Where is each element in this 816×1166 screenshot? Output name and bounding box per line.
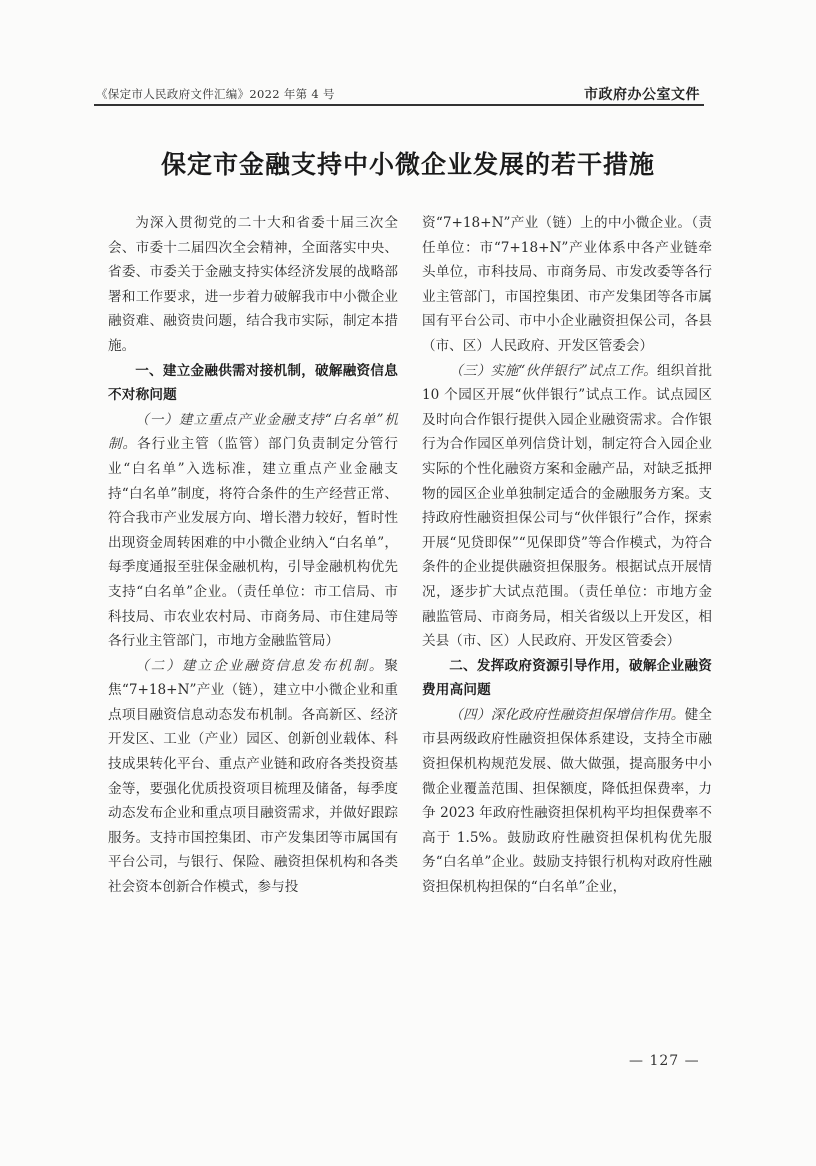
header-divider — [94, 104, 704, 106]
intro-paragraph: 为深入贯彻党的二十大和省委十届三次全会、市委十二届四次全会精神，全面落实中央、省… — [108, 211, 398, 359]
item-3-paragraph: （三）实施“伙伴银行”试点工作。组织首批 10 个园区开展“伙伴银行”试点工作。… — [422, 359, 712, 654]
item-2-body: 聚焦“7+18+N”产业（链），建立中小微企业和重点项目融资信息动态发布机制。各… — [108, 658, 398, 895]
document-title: 保定市金融支持中小微企业发展的若干措施 — [0, 145, 816, 181]
section-heading-2: 二、发挥政府资源引导作用，破解企业融资费用高问题 — [422, 654, 712, 703]
running-header: 《保定市人民政府文件汇编》2022 年第 4 号 市政府办公室文件 — [96, 86, 702, 106]
item-2-continuation: 资“7+18+N”产业（链）上的中小微企业。（责任单位：市“7+18+N”产业体… — [422, 211, 712, 359]
item-2-paragraph: （二）建立企业融资信息发布机制。聚焦“7+18+N”产业（链），建立中小微企业和… — [108, 654, 398, 900]
document-category: 市政府办公室文件 — [584, 84, 700, 104]
publication-name: 《保定市人民政府文件汇编》2022 年第 4 号 — [96, 86, 335, 102]
section-heading-1: 一、建立金融供需对接机制，破解融资信息不对称问题 — [108, 359, 398, 408]
item-2-lead: （二）建立企业融资信息发布机制。 — [135, 658, 384, 674]
item-3-body: 组织首批 10 个园区开展“伙伴银行”试点工作。试点园区及时向合作银行提供入园企… — [422, 363, 712, 650]
left-column: 为深入贯彻党的二十大和省委十届三次全会、市委十二届四次全会精神，全面落实中央、省… — [108, 211, 398, 900]
item-4-paragraph: （四）深化政府性融资担保增信作用。健全市县两级政府性融资担保体系建设，支持全市融… — [422, 703, 712, 900]
item-1-body: 各行业主管（监管）部门负责制定分管行业“白名单”入选标准，建立重点产业金融支持“… — [108, 436, 398, 649]
page-number: — 127 — — [629, 1053, 700, 1069]
item-3-lead: （三）实施“伙伴银行”试点工作。 — [449, 363, 657, 379]
right-column: 资“7+18+N”产业（链）上的中小微企业。（责任单位：市“7+18+N”产业体… — [422, 211, 712, 900]
item-4-body: 健全市县两级政府性融资担保体系建设，支持全市融资担保机构规范发展、做大做强，提高… — [422, 707, 712, 895]
item-1-paragraph: （一）建立重点产业金融支持“白名单”机制。各行业主管（监管）部门负责制定分管行业… — [108, 408, 398, 654]
item-4-lead: （四）深化政府性融资担保增信作用。 — [449, 707, 684, 723]
